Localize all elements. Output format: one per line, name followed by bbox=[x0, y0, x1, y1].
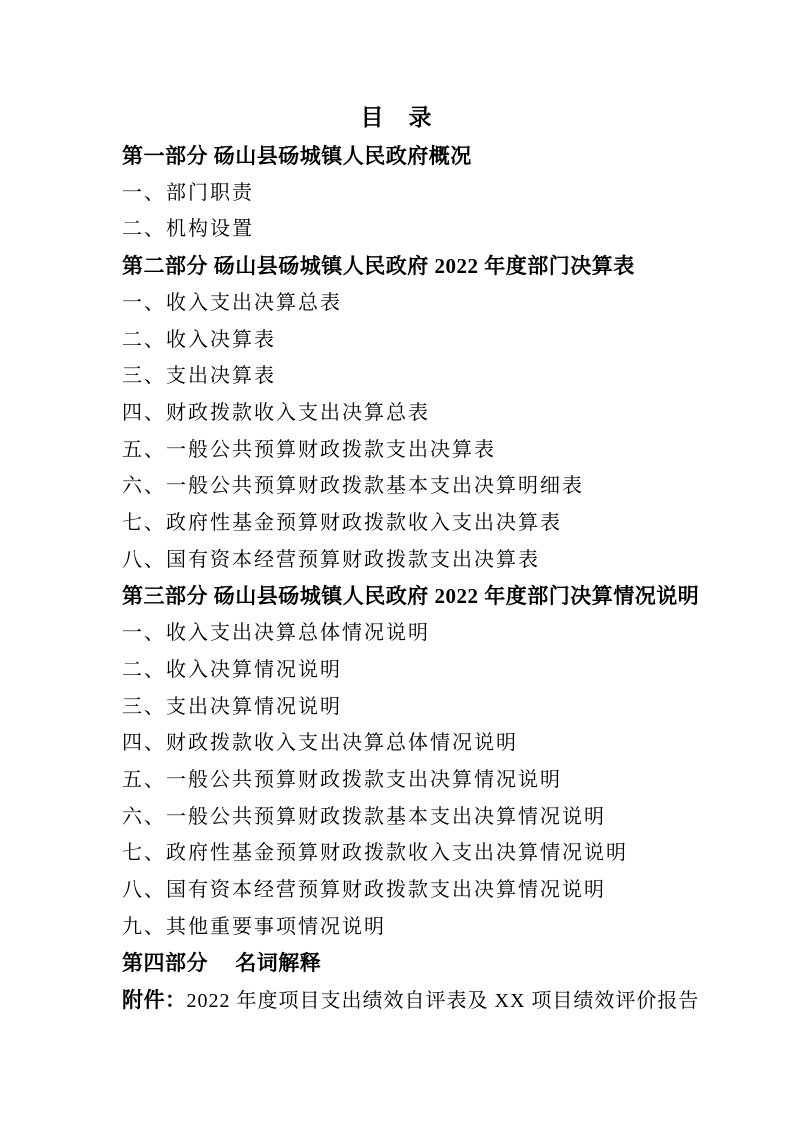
toc-part-4-heading: 第四部分 名词解释 bbox=[122, 945, 697, 982]
toc-item: 九、其他重要事项情况说明 bbox=[122, 909, 697, 946]
toc-item: 八、国有资本经营预算财政拨款支出决算表 bbox=[122, 542, 697, 579]
toc-item: 一、部门职责 bbox=[122, 175, 697, 212]
toc-part-1-heading: 第一部分 砀山县砀城镇人民政府概况 bbox=[122, 138, 697, 175]
toc-item: 一、收入支出决算总体情况说明 bbox=[122, 615, 697, 652]
toc-item: 七、政府性基金预算财政拨款收入支出决算表 bbox=[122, 505, 697, 542]
toc-item: 一、收入支出决算总表 bbox=[122, 285, 697, 322]
toc-body: 第一部分 砀山县砀城镇人民政府概况 一、部门职责 二、机构设置 第二部分 砀山县… bbox=[122, 138, 697, 1022]
toc-item: 七、政府性基金预算财政拨款收入支出决算情况说明 bbox=[122, 835, 697, 872]
toc-item: 二、收入决算表 bbox=[122, 322, 697, 359]
toc-item: 三、支出决算情况说明 bbox=[122, 689, 697, 726]
toc-part-3-heading: 第三部分 砀山县砀城镇人民政府 2022 年度部门决算情况说明 bbox=[122, 578, 697, 615]
toc-item: 四、财政拨款收入支出决算总表 bbox=[122, 395, 697, 432]
toc-title: 目 录 bbox=[0, 98, 793, 138]
toc-item: 二、收入决算情况说明 bbox=[122, 652, 697, 689]
toc-part-2-heading: 第二部分 砀山县砀城镇人民政府 2022 年度部门决算表 bbox=[122, 248, 697, 285]
toc-item: 二、机构设置 bbox=[122, 211, 697, 248]
toc-item: 五、一般公共预算财政拨款支出决算情况说明 bbox=[122, 762, 697, 799]
toc-item: 六、一般公共预算财政拨款基本支出决算明细表 bbox=[122, 468, 697, 505]
toc-item: 四、财政拨款收入支出决算总体情况说明 bbox=[122, 725, 697, 762]
attachment-text: 2022 年度项目支出绩效自评表及 XX 项目绩效评价报告 bbox=[187, 990, 700, 1012]
toc-item: 五、一般公共预算财政拨款支出决算表 bbox=[122, 432, 697, 469]
toc-item: 三、支出决算表 bbox=[122, 358, 697, 395]
toc-item: 八、国有资本经营预算财政拨款支出决算情况说明 bbox=[122, 872, 697, 909]
attachment-line: 附件：2022 年度项目支出绩效自评表及 XX 项目绩效评价报告 bbox=[122, 982, 697, 1022]
document-page: 目 录 第一部分 砀山县砀城镇人民政府概况 一、部门职责 二、机构设置 第二部分… bbox=[0, 0, 793, 1122]
toc-item: 六、一般公共预算财政拨款基本支出决算情况说明 bbox=[122, 799, 697, 836]
attachment-label: 附件： bbox=[122, 988, 187, 1012]
